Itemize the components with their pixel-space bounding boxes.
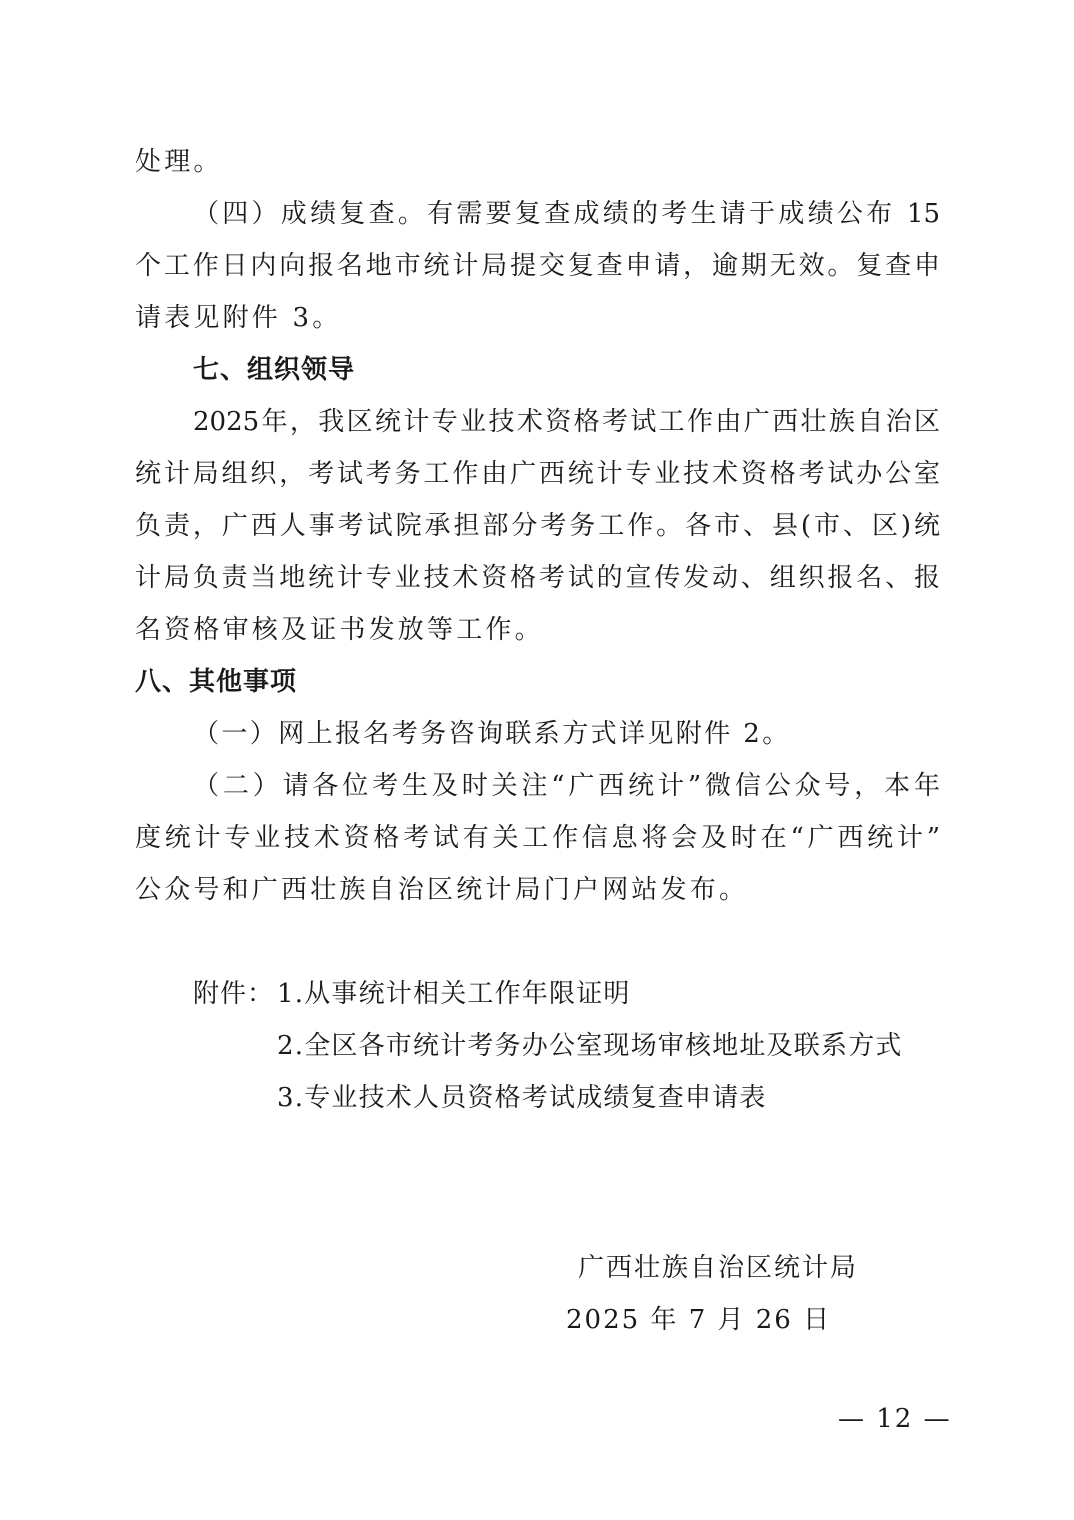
paragraph-line: （二）请各位考生及时关注“广西统计”微信公众号，本年 xyxy=(193,769,940,803)
section-heading-8: 八、其他事项 xyxy=(135,665,940,699)
attachment-item: 3.专业技术人员资格考试成绩复查申请表 xyxy=(277,1081,940,1115)
paragraph-line: 统计局组织，考试考务工作由广西统计专业技术资格考试办公室 xyxy=(135,457,940,491)
paragraph-line: 度统计专业技术资格考试有关工作信息将会及时在“广西统计” xyxy=(135,821,940,855)
paragraph-line: 计局负责当地统计专业技术资格考试的宣传发动、组织报名、报 xyxy=(135,561,940,595)
continuation-text: 处理。 xyxy=(135,145,940,179)
paragraph-line: 2025年，我区统计专业技术资格考试工作由广西壮族自治区 xyxy=(193,405,940,439)
attachment-item: 2.全区各市统计考务办公室现场审核地址及联系方式 xyxy=(277,1029,940,1063)
paragraph-line: 负责，广西人事考试院承担部分考务工作。各市、县(市、区)统 xyxy=(135,509,940,543)
section-heading-7: 七、组织领导 xyxy=(193,353,940,387)
document-page: 处理。 （四）成绩复查。有需要复查成绩的考生请于成绩公布 15 个工作日内向报名… xyxy=(0,0,1074,1520)
signature-date: 2025 年 7 月 26 日 xyxy=(566,1303,831,1337)
paragraph-line: 请表见附件 3。 xyxy=(135,301,940,335)
paragraph-line: （四）成绩复查。有需要复查成绩的考生请于成绩公布 15 xyxy=(193,197,940,231)
paragraph-line: 公众号和广西壮族自治区统计局门户网站发布。 xyxy=(135,873,940,907)
paragraph-line: （一）网上报名考务咨询联系方式详见附件 2。 xyxy=(193,717,940,751)
signature-organization: 广西壮族自治区统计局 xyxy=(578,1251,858,1285)
attachment-item: 1.从事统计相关工作年限证明 xyxy=(277,977,940,1011)
paragraph-line: 名资格审核及证书发放等工作。 xyxy=(135,613,940,647)
paragraph-line: 个工作日内向报名地市统计局提交复查申请，逾期无效。复查申 xyxy=(135,249,940,283)
attachments-label: 附件： xyxy=(193,977,283,1011)
page-number: — 12 — xyxy=(838,1402,952,1436)
